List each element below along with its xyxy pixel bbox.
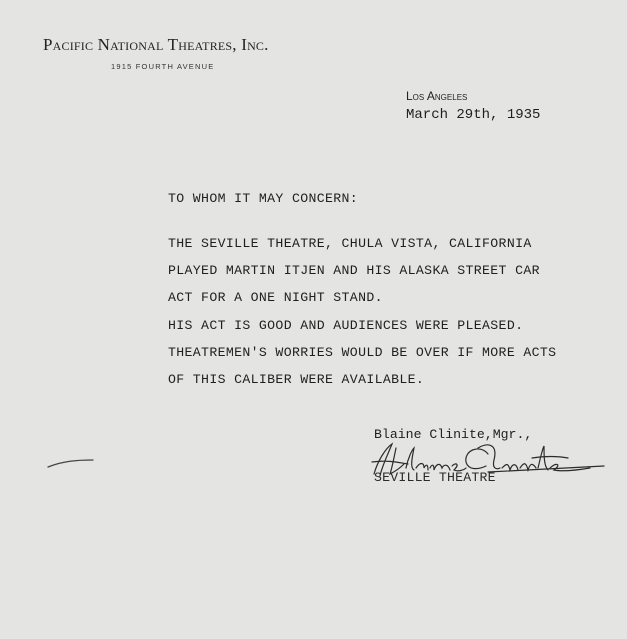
body-line: HIS ACT IS GOOD AND AUDIENCES WERE PLEAS… [168,318,523,333]
paper-edge-mark-icon [0,28,10,58]
body-line: OF THIS CALIBER WERE AVAILABLE. [168,372,424,387]
letterhead-address: 1915 FOURTH AVENUE [111,62,214,71]
dateline-date: March 29th, 1935 [406,107,540,123]
body-line: THE SEVILLE THEATRE, CHULA VISTA, CALIFO… [168,236,532,251]
signatory-organization: SEVILLE THEATRE [374,470,496,485]
body-line: THEATREMEN'S WORRIES WOULD BE OVER IF MO… [168,345,556,360]
letter-page: Pacific National Theatres, Inc. 1915 FOU… [0,0,627,639]
dateline-city: Los Angeles [406,89,467,103]
margin-pen-stroke-icon [45,455,95,469]
body-line: PLAYED MARTIN ITJEN AND HIS ALASKA STREE… [168,263,540,278]
letterhead-company-name: Pacific National Theatres, Inc. [43,35,269,55]
body-line: ACT FOR A ONE NIGHT STAND. [168,290,383,305]
salutation: TO WHOM IT MAY CONCERN: [168,191,358,206]
